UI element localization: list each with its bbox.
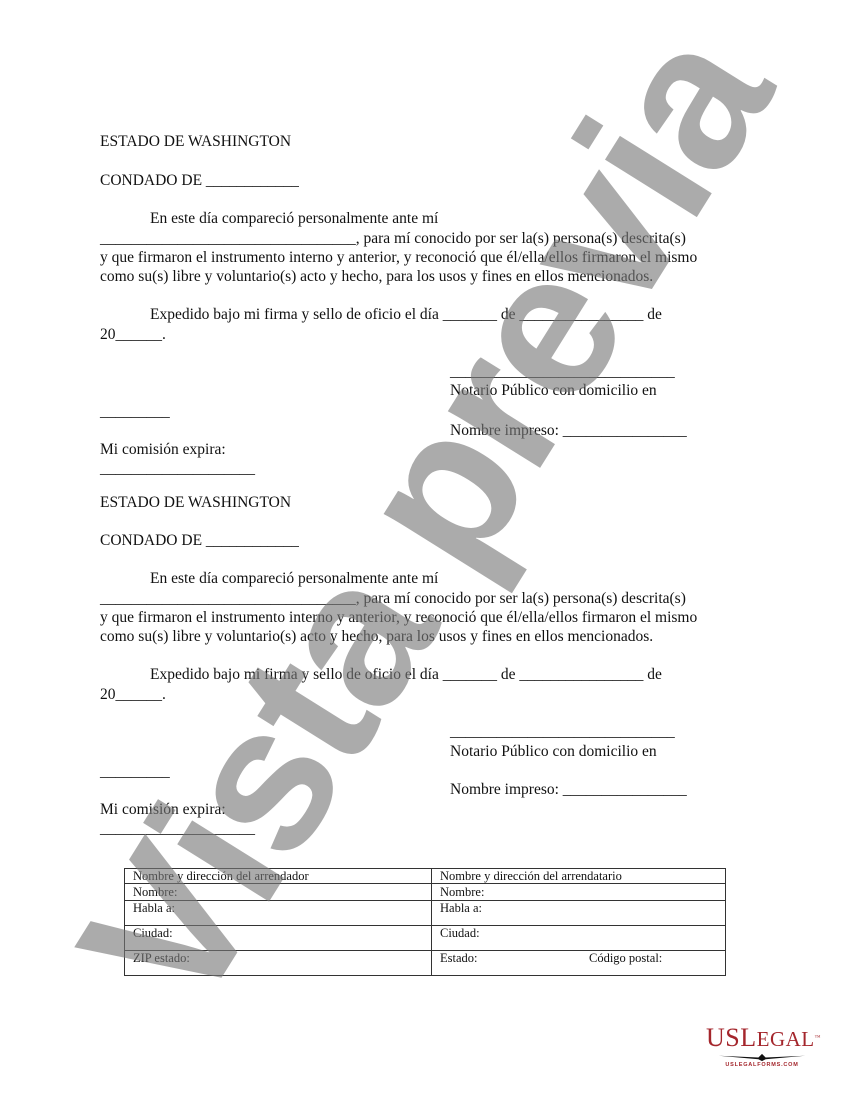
lessor-address-cell: Habla a: xyxy=(125,901,432,926)
appeared-text: como su(s) libre y voluntario(s) acto y … xyxy=(100,627,653,646)
lessee-name-cell: Nombre: xyxy=(432,884,726,901)
document-page: ESTADO DE WASHINGTON CONDADO DE ________… xyxy=(0,0,850,1100)
table-row: Ciudad: Ciudad: xyxy=(125,926,726,951)
logo-url: USLEGALFORMS.COM xyxy=(706,1062,818,1068)
appeared-text: _________________________________, para … xyxy=(100,589,686,608)
appeared-text: y que firmaron el instrumento interno y … xyxy=(100,608,697,627)
lessor-name-cell: Nombre: xyxy=(125,884,432,901)
notary-label: Notario Público con domicilio en xyxy=(450,381,657,400)
domicile-blank: _________ xyxy=(100,402,170,421)
appeared-text: En este día compareció personalmente ant… xyxy=(150,569,438,588)
lessor-zip-state-cell: ZIP estado: xyxy=(125,951,432,976)
notary-label: Notario Público con domicilio en xyxy=(450,742,657,761)
signature-line: _____________________________ xyxy=(450,722,675,741)
table-row: Habla a: Habla a: xyxy=(125,901,726,926)
logo-wordmark: USLEGAL™ xyxy=(706,1025,818,1052)
eagle-wings-icon xyxy=(714,1053,810,1062)
lessor-city-cell: Ciudad: xyxy=(125,926,432,951)
table-row: ZIP estado: Estado:Código postal: xyxy=(125,951,726,976)
logo-egal: EGAL xyxy=(757,1027,815,1051)
table-row: Nombre: Nombre: xyxy=(125,884,726,901)
lessee-postal-code-label: Código postal: xyxy=(589,951,662,966)
commission-label: Mi comisión expira: xyxy=(100,800,226,819)
acknowledgment-block-2: ESTADO DE WASHINGTON CONDADO DE ________… xyxy=(0,0,850,360)
logo-l: L xyxy=(740,1023,756,1052)
lessee-city-cell: Ciudad: xyxy=(432,926,726,951)
lessee-header: Nombre y dirección del arrendatario xyxy=(432,869,726,884)
commission-label: Mi comisión expira: xyxy=(100,440,226,459)
printed-name: Nombre impreso: ________________ xyxy=(450,421,687,440)
lessee-state-zip-cell: Estado:Código postal: xyxy=(432,951,726,976)
commission-blank: ____________________ xyxy=(100,819,255,838)
signature-line: _____________________________ xyxy=(450,362,675,381)
commission-blank: ____________________ xyxy=(100,459,255,478)
logo-us: US xyxy=(706,1023,740,1052)
lessee-state-label: Estado: xyxy=(440,951,478,965)
issued-text: 20______. xyxy=(100,685,166,704)
state-heading: ESTADO DE WASHINGTON xyxy=(100,493,291,512)
printed-name: Nombre impreso: ________________ xyxy=(450,780,687,799)
trademark-symbol: ™ xyxy=(815,1035,821,1041)
issued-text: Expedido bajo mi firma y sello de oficio… xyxy=(150,665,662,684)
uslegal-logo: USLEGAL™ USLEGALFORMS.COM xyxy=(706,1025,818,1068)
domicile-blank: _________ xyxy=(100,762,170,781)
lessee-address-cell: Habla a: xyxy=(432,901,726,926)
lessor-header: Nombre y dirección del arrendador xyxy=(125,869,432,884)
county-line: CONDADO DE ____________ xyxy=(100,531,299,550)
address-table: Nombre y dirección del arrendador Nombre… xyxy=(124,868,726,976)
table-header-row: Nombre y dirección del arrendador Nombre… xyxy=(125,869,726,884)
